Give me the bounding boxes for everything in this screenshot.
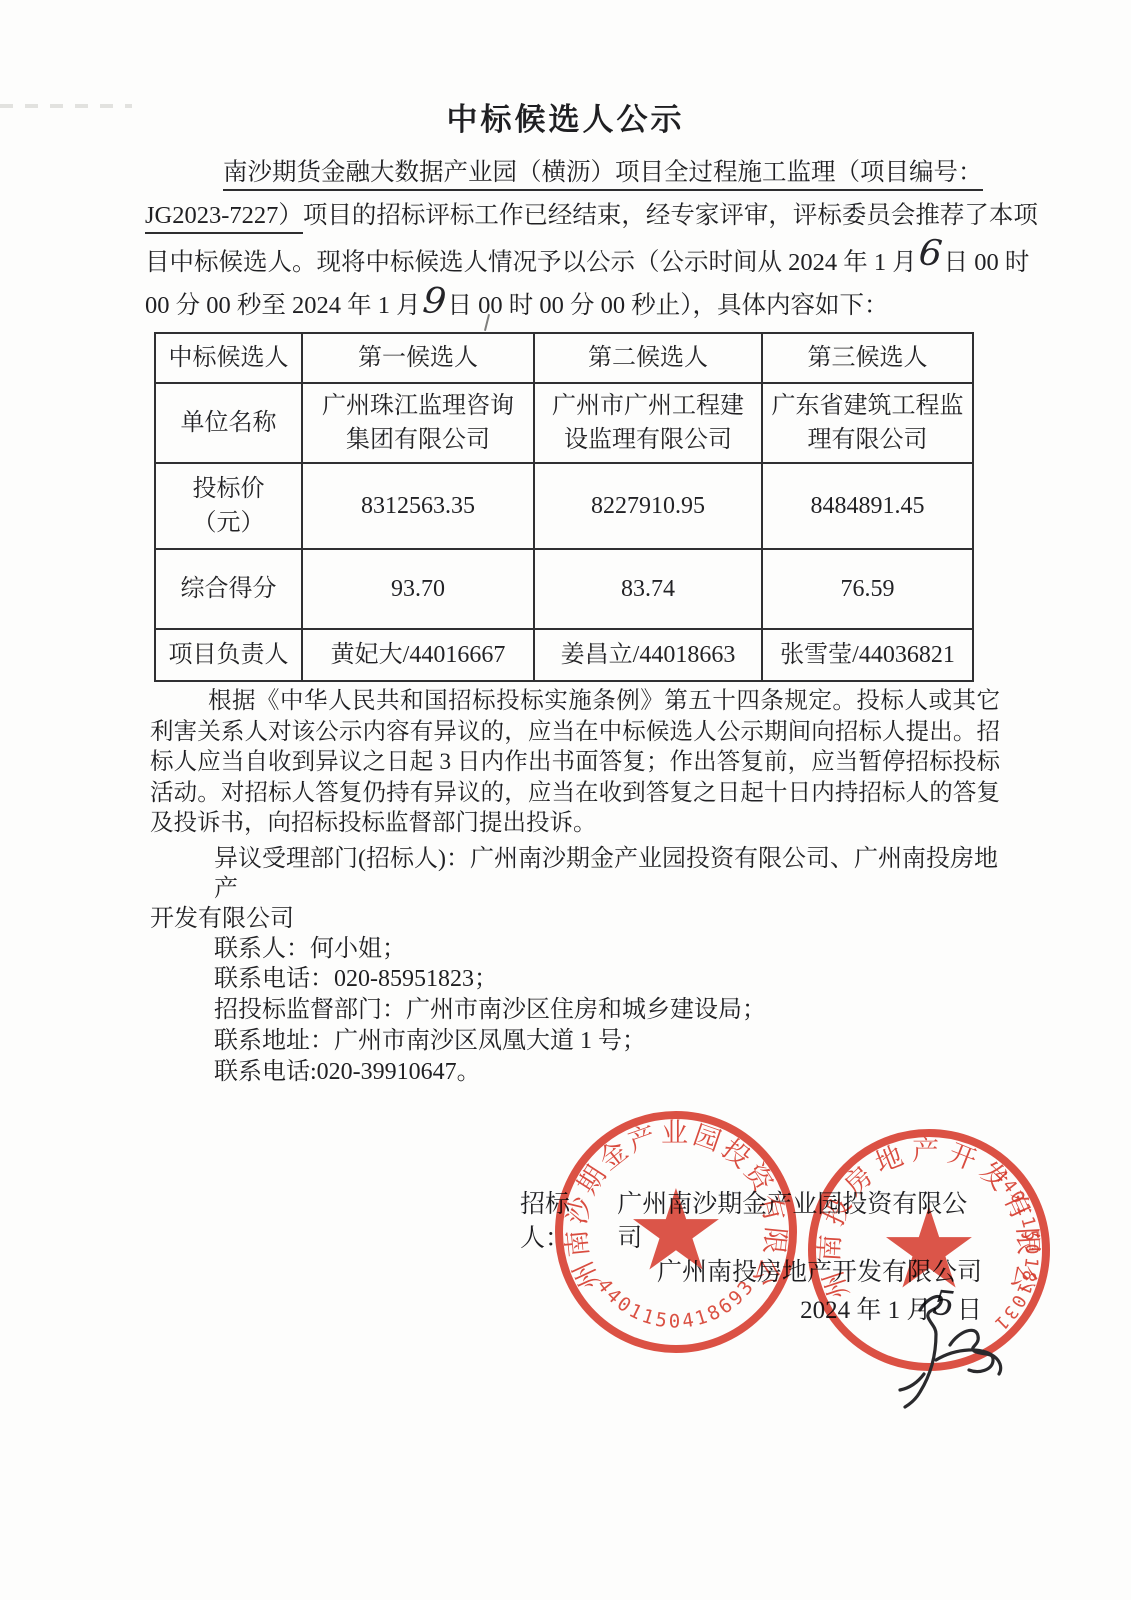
objection-dept-line: 异议受理部门(招标人)：广州南沙期金产业园投资有限公司、广州南投房地产 xyxy=(150,844,1006,904)
table-cell: 76.59 xyxy=(762,549,973,629)
handwritten-end-day: 9 xyxy=(420,279,447,324)
svg-text:4401150181031: 4401150181031 xyxy=(989,1165,1042,1335)
intro-line-2-text: 项目的招标评标工作已经结束，经专家评审，评标委员会推荐了本项 xyxy=(303,202,1038,229)
table-row-score: 综合得分 93.70 83.74 76.59 xyxy=(155,549,973,629)
row-label: 项目负责人 xyxy=(155,629,302,681)
table-cell: 广州市广州工程建设监理有限公司 xyxy=(534,383,762,463)
intro-line-4-text: 00 分 00 秒至 2024 年 1 月 xyxy=(145,292,421,319)
table-row-bid-price: 投标价（元） 8312563.35 8227910.95 8484891.45 xyxy=(155,463,973,549)
seal-right-code: 4401150181031 xyxy=(989,1165,1042,1335)
supervision-contact-block: 招投标监督部门：广州市南沙区住房和城乡建设局； 联系地址：广州市南沙区凤凰大道 … xyxy=(214,995,766,1088)
table-cell: 8227910.95 xyxy=(534,463,762,549)
table-row-project-leader: 项目负责人 黄妃大/44016667 姜昌立/44018663 张雪莹/4403… xyxy=(155,629,973,681)
tenderer-label: 招标人： xyxy=(520,1188,617,1256)
date-suffix: 日 xyxy=(957,1297,982,1324)
table-cell: 93.70 xyxy=(302,549,534,629)
intro-line-4-tail: 日 00 时 00 分 00 秒止），具体内容如下： xyxy=(448,292,889,319)
page-title: 中标候选人公示 xyxy=(0,94,1131,139)
supervision-dept: 招投标监督部门：广州市南沙区住房和城乡建设局； xyxy=(214,995,766,1026)
tenderer-line: 招标人： 广州南沙期金产业园投资有限公司 xyxy=(520,1188,982,1256)
objection-contact-block: 异议受理部门(招标人)：广州南沙期金产业园投资有限公司、广州南投房地产 开发有限… xyxy=(150,844,1006,994)
handwritten-date-day: 5 xyxy=(932,1286,957,1322)
signoff-date: 2024 年 1 月5日 xyxy=(520,1290,982,1328)
row-label: 单位名称 xyxy=(155,383,302,463)
row-label: 投标价（元） xyxy=(155,463,302,549)
table-header-cell: 中标候选人 xyxy=(155,333,302,383)
supervision-phone: 联系电话:020-39910647。 xyxy=(214,1057,766,1088)
table-cell: 广州珠江监理咨询集团有限公司 xyxy=(302,383,534,463)
legal-paragraph: 根据《中华人民共和国招标投标实施条例》第五十四条规定。投标人或其它利害关系人对该… xyxy=(150,686,1000,839)
tenderer-company-2: 广州南投房地产开发有限公司 xyxy=(520,1256,982,1290)
table-header-cell: 第三候选人 xyxy=(762,333,973,383)
table-header-cell: 第二候选人 xyxy=(534,333,762,383)
contact-phone: 联系电话：020-85951823； xyxy=(150,964,1006,994)
intro-line-3-text: 目中标候选人。现将中标候选人情况予以公示（公示时间从 2024 年 1 月 xyxy=(145,249,917,276)
intro-line-1: 南沙期货金融大数据产业园（横沥）项目全过程施工监理（项目编号： xyxy=(145,151,1005,194)
handwritten-start-day: 6 xyxy=(917,231,944,276)
table-row-company-name: 单位名称 广州珠江监理咨询集团有限公司 广州市广州工程建设监理有限公司 广东省建… xyxy=(155,383,973,463)
underlined-project-code: JG2023-7227） xyxy=(145,202,303,234)
table-cell: 张雪莹/44036821 xyxy=(762,629,973,681)
contact-person: 联系人：何小姐； xyxy=(150,934,1006,964)
intro-line-4: 00 分 00 秒至 2024 年 1 月9日 00 时 00 分 00 秒止）… xyxy=(145,280,1005,323)
table-header-row: 中标候选人 第一候选人 第二候选人 第三候选人 xyxy=(155,333,973,383)
supervision-address: 联系地址：广州市南沙区凤凰大道 1 号； xyxy=(214,1026,766,1057)
date-text: 2024 年 1 月 xyxy=(800,1297,931,1324)
intro-paragraph: 南沙期货金融大数据产业园（横沥）项目全过程施工监理（项目编号： JG2023-7… xyxy=(145,151,1005,323)
intro-line-3: 目中标候选人。现将中标候选人情况予以公示（公示时间从 2024 年 1 月6日 … xyxy=(145,237,1005,280)
table-cell: 黄妃大/44016667 xyxy=(302,629,534,681)
table-cell: 8484891.45 xyxy=(762,463,973,549)
table-cell: 广东省建筑工程监理有限公司 xyxy=(762,383,973,463)
tenderer-company-1: 广州南沙期金产业园投资有限公司 xyxy=(617,1188,982,1256)
scanned-document-page: 中标候选人公示 南沙期货金融大数据产业园（横沥）项目全过程施工监理（项目编号： … xyxy=(0,0,1131,1600)
candidates-table: 中标候选人 第一候选人 第二候选人 第三候选人 单位名称 广州珠江监理咨询集团有… xyxy=(154,332,974,682)
intro-line-3-tail: 日 00 时 xyxy=(944,249,1030,276)
table-header-cell: 第一候选人 xyxy=(302,333,534,383)
underlined-project-name: 南沙期货金融大数据产业园（横沥）项目全过程施工监理（项目编号： xyxy=(223,159,983,191)
objection-dept-line2: 开发有限公司 xyxy=(150,904,1006,934)
signoff-block: 招标人： 广州南沙期金产业园投资有限公司 广州南投房地产开发有限公司 2024 … xyxy=(520,1188,982,1328)
intro-line-2: JG2023-7227）项目的招标评标工作已经结束，经专家评审，评标委员会推荐了… xyxy=(145,194,1005,237)
table-cell: 8312563.35 xyxy=(302,463,534,549)
row-label: 综合得分 xyxy=(155,549,302,629)
table-cell: 姜昌立/44018663 xyxy=(534,629,762,681)
table-cell: 83.74 xyxy=(534,549,762,629)
